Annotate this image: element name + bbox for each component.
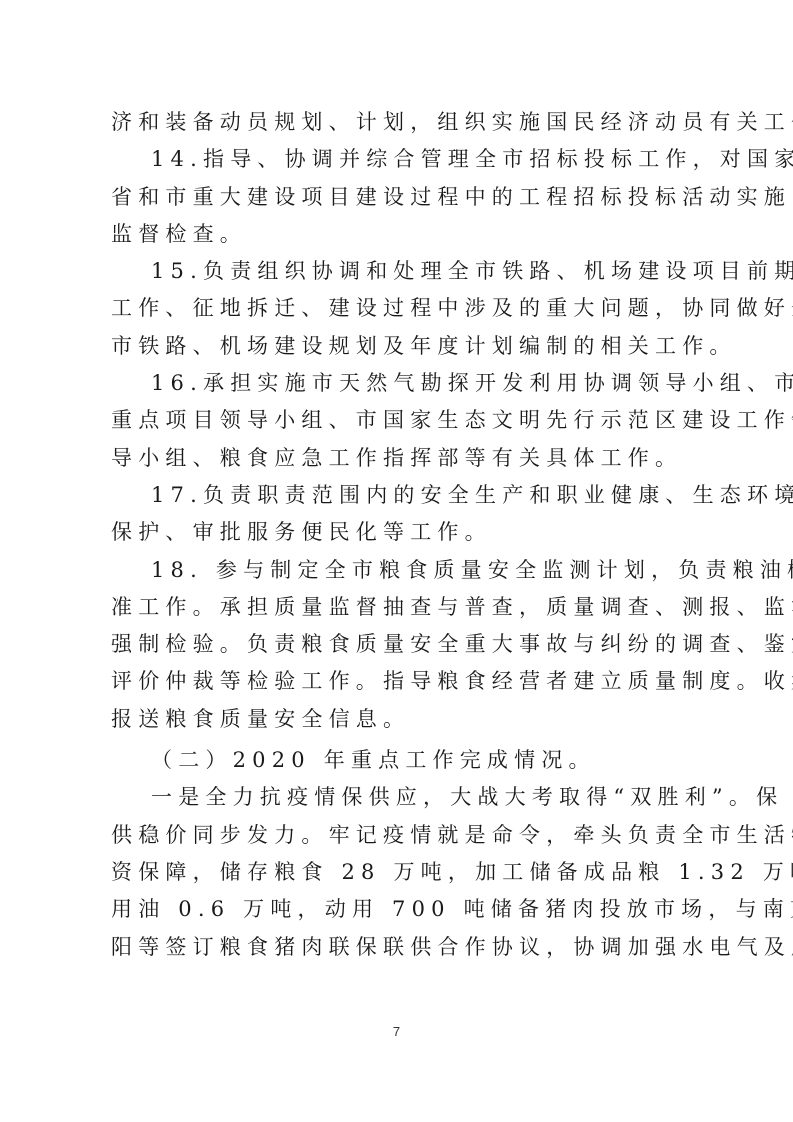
item-14-line: 14.指导、协调并综合管理全市招标投标工作，对国家、 xyxy=(111,141,686,178)
text-line: 评价仲裁等检验工作。指导粮食经营者建立质量制度。收集、 xyxy=(111,663,686,700)
item-16-line: 16.承担实施市天然气勘探开发利用协调领导小组、市 xyxy=(111,365,686,402)
text-line: 重点项目领导小组、市国家生态文明先行示范区建设工作领 xyxy=(111,402,686,439)
item-15-line: 15.负责组织协调和处理全市铁路、机场建设项目前期 xyxy=(111,253,686,290)
document-body: 济和装备动员规划、计划，组织实施国民经济动员有关工作。 14.指导、协调并综合管… xyxy=(111,104,686,966)
text-line: 省和市重大建设项目建设过程中的工程招标投标活动实施 xyxy=(111,179,686,216)
text-line: 保护、审批服务便民化等工作。 xyxy=(111,514,686,551)
text-line: 济和装备动员规划、计划，组织实施国民经济动员有关工作。 xyxy=(111,104,686,141)
text-line: 资保障，储存粮食 28 万吨，加工储备成品粮 1.32 万吨、食 xyxy=(111,854,686,891)
text-line: 供稳价同步发力。牢记疫情就是命令，牵头负责全市生活物 xyxy=(111,817,686,854)
page-number: 7 xyxy=(0,1024,793,1039)
text-line: 用油 0.6 万吨，动用 700 吨储备猪肉投放市场，与南充、资 xyxy=(111,891,686,928)
text-line: 强制检验。负责粮食质量安全重大事故与纠纷的调查、鉴定、 xyxy=(111,626,686,663)
item-18-line: 18. 参与制定全市粮食质量安全监测计划，负责粮油标 xyxy=(111,552,686,589)
text-line: 监督检查。 xyxy=(111,216,686,253)
text-line: 准工作。承担质量监督抽查与普查，质量调查、测报、监测、 xyxy=(111,589,686,626)
text-line: 导小组、粮食应急工作指挥部等有关具体工作。 xyxy=(111,440,686,477)
text-line: 阳等签订粮食猪肉联保联供合作协议，协调加强水电气及成 xyxy=(111,929,686,966)
paragraph-line: 一是全力抗疫情保供应，大战大考取得“双胜利”。保 xyxy=(111,779,686,816)
section-heading: （二）2020 年重点工作完成情况。 xyxy=(111,742,686,779)
text-line: 报送粮食质量安全信息。 xyxy=(111,701,686,738)
text-line: 市铁路、机场建设规划及年度计划编制的相关工作。 xyxy=(111,328,686,365)
item-17-line: 17.负责职责范围内的安全生产和职业健康、生态环境 xyxy=(111,477,686,514)
text-line: 工作、征地拆迁、建设过程中涉及的重大问题，协同做好全 xyxy=(111,290,686,327)
